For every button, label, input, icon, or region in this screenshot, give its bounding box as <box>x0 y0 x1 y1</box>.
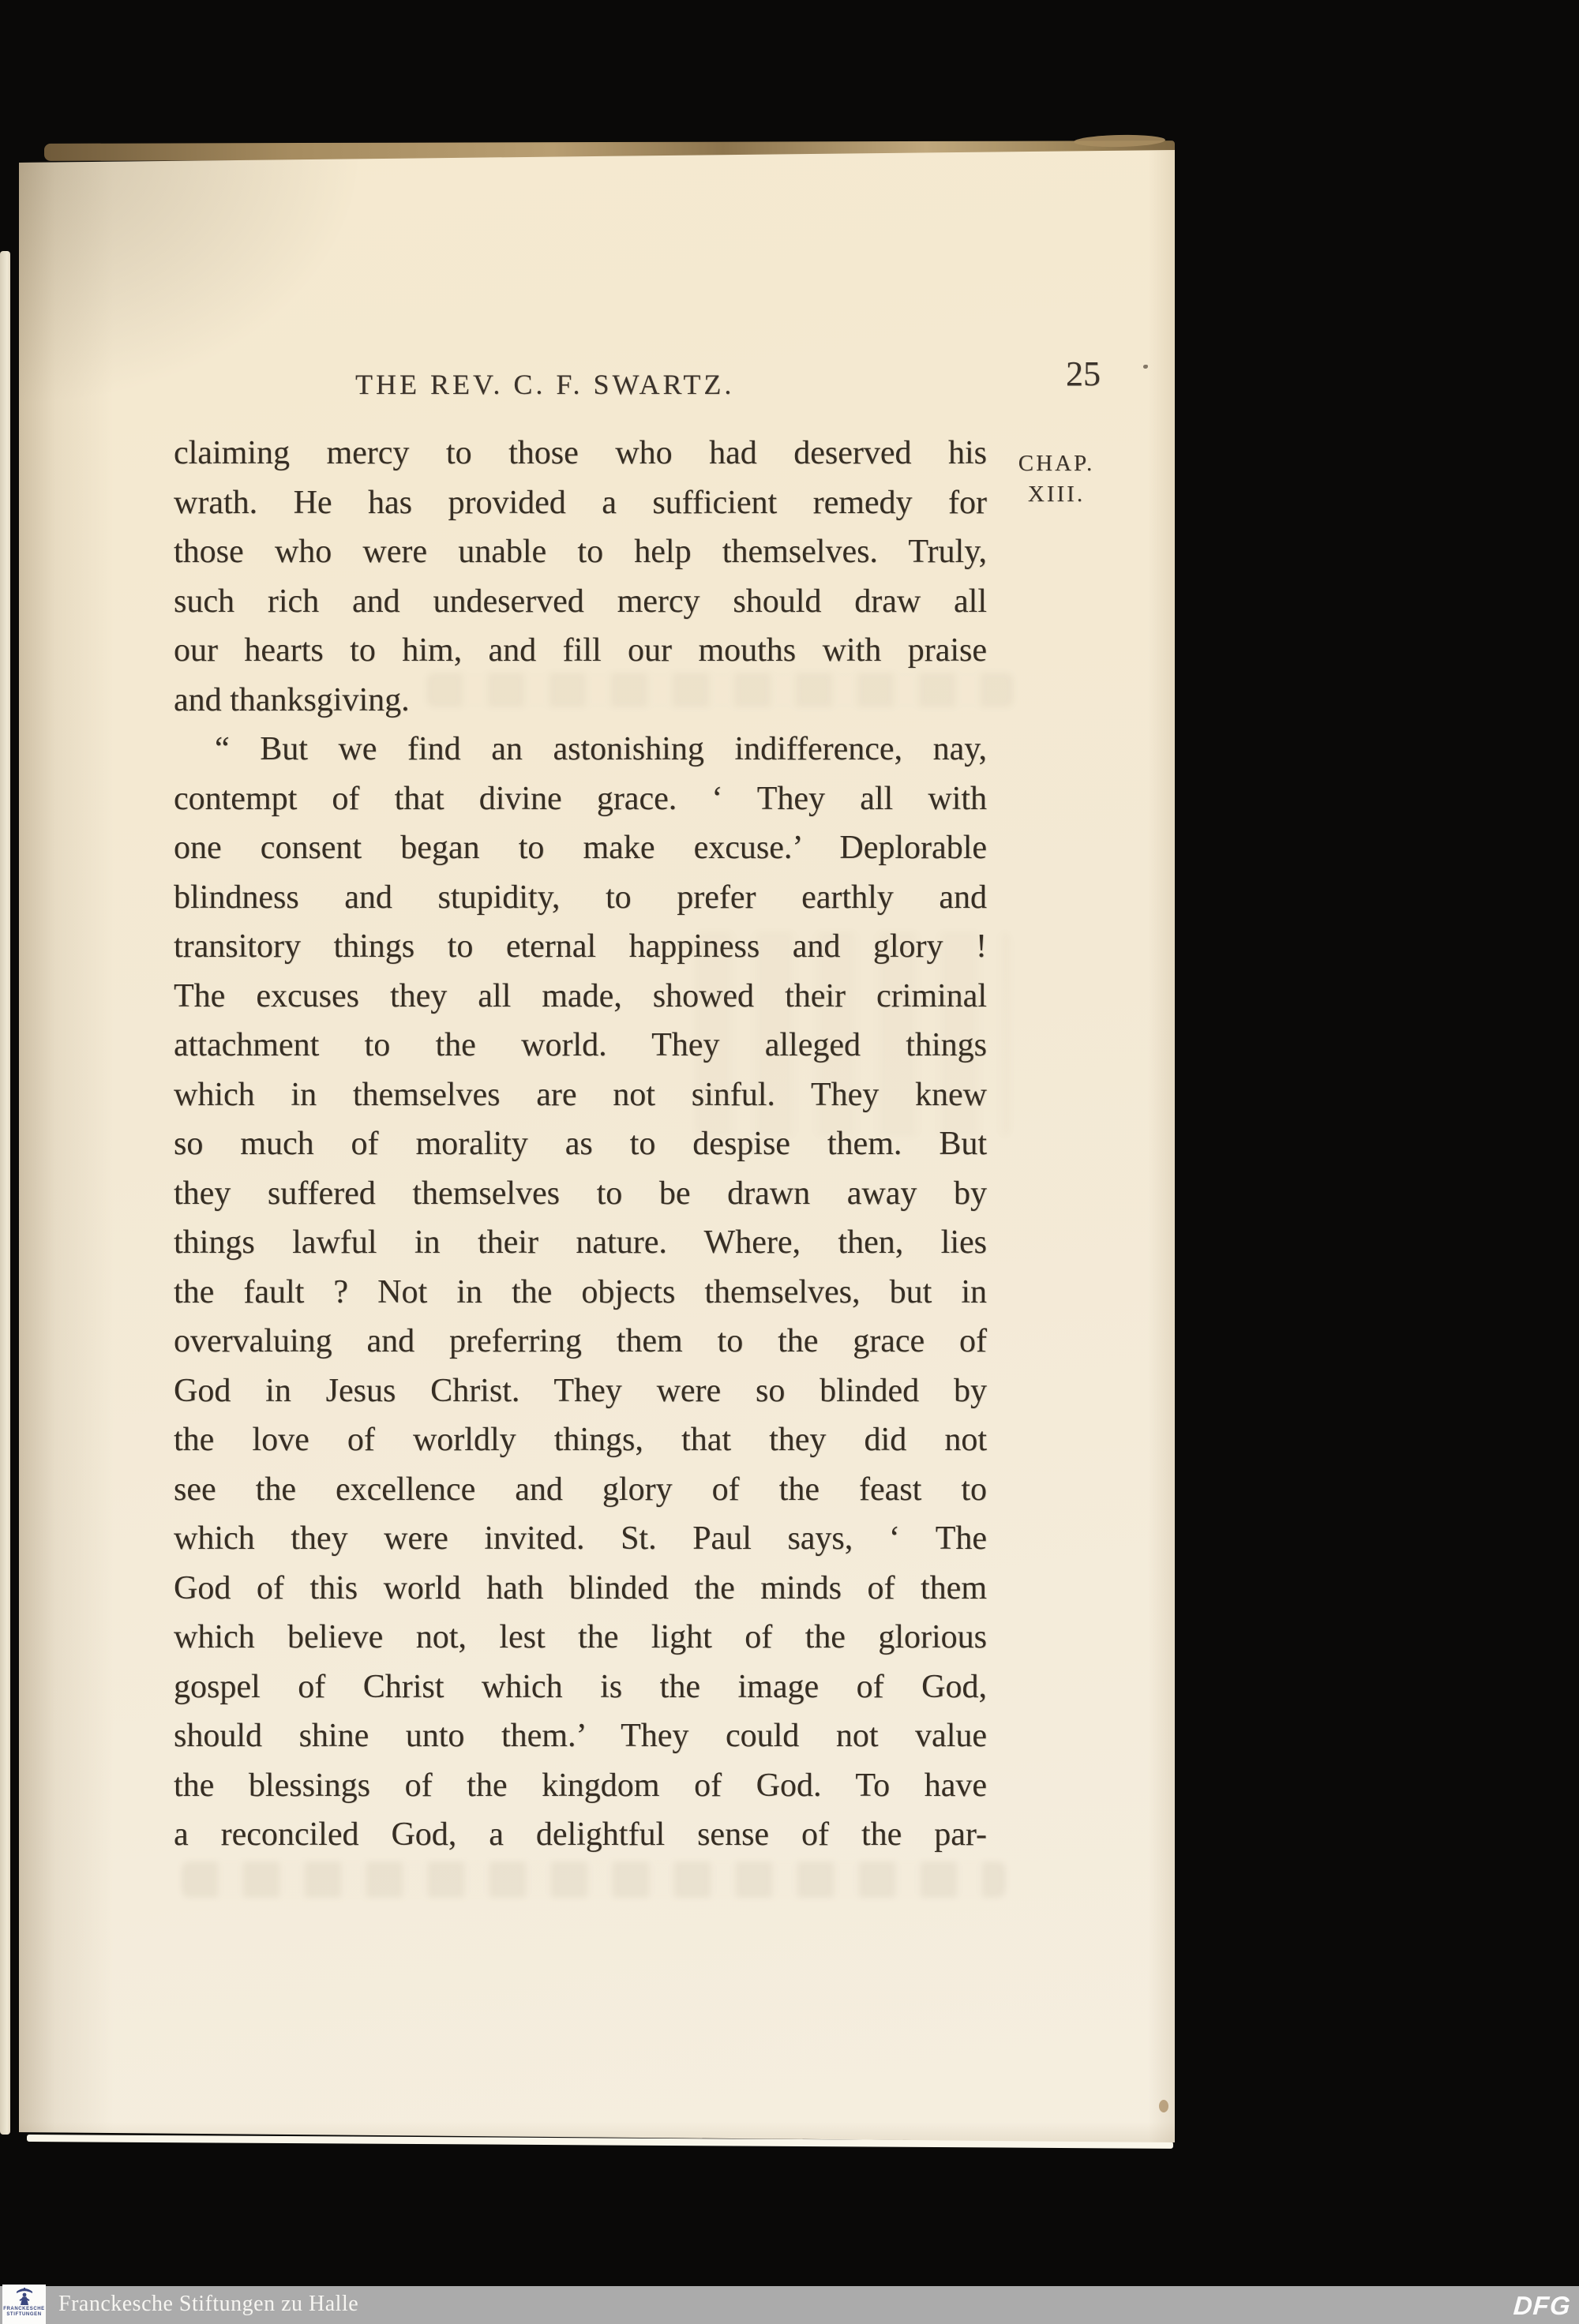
ink-speck <box>1143 365 1148 369</box>
facing-page-edge <box>0 251 10 2135</box>
body-text: claiming mercy to those who had deserved… <box>174 429 987 1860</box>
body-line: wrath. He has provided a sufficient reme… <box>174 478 987 528</box>
book-scan-photo: THE REV. C. F. SWARTZ. 25 CHAP. XIII. cl… <box>0 0 1579 2324</box>
statue-canopy-icon <box>14 2286 35 2307</box>
attribution-bar: Franckesche Stiftungen zu Halle DFG <box>0 2286 1579 2324</box>
logo-text-line2: STIFTUNGEN <box>6 2312 41 2318</box>
body-line: claiming mercy to those who had deserved… <box>174 429 987 478</box>
franckesche-stiftungen-logo: FRANCKESCHE STIFTUNGEN <box>2 2285 46 2324</box>
body-line: which they were invited. St. Paul says, … <box>174 1514 987 1564</box>
body-line: those who were unable to help themselves… <box>174 527 987 577</box>
show-through-smudge <box>695 931 1011 1137</box>
body-line-paragraph-start: “ But we find an astonishing indifferenc… <box>174 725 987 774</box>
body-line: should shine unto them.’ They could not … <box>174 1711 987 1761</box>
body-line: see the excellence and glory of the feas… <box>174 1465 987 1515</box>
library-attribution-label: Franckesche Stiftungen zu Halle <box>58 2286 358 2324</box>
body-line: gospel of Christ which is the image of G… <box>174 1662 987 1712</box>
margin-note-line2: XIII. <box>1001 479 1112 510</box>
body-line: God in Jesus Christ. They were so blinde… <box>174 1366 987 1416</box>
margin-note-chapter: CHAP. XIII. <box>1001 448 1112 510</box>
running-header: THE REV. C. F. SWARTZ. <box>355 368 734 401</box>
foxing-spot <box>1159 2100 1168 2112</box>
book-page: THE REV. C. F. SWARTZ. 25 CHAP. XIII. cl… <box>19 150 1175 2144</box>
body-line: such rich and undeserved mercy should dr… <box>174 577 987 627</box>
body-line: they suffered themselves to be drawn awa… <box>174 1169 987 1219</box>
page-number: 25 <box>1066 354 1101 394</box>
body-line: contempt of that divine grace. ‘ They al… <box>174 774 987 824</box>
dfg-logo: DFG <box>1513 2290 1572 2322</box>
show-through-smudge <box>426 673 1014 707</box>
body-line: one consent began to make excuse.’ Deplo… <box>174 823 987 873</box>
body-line: blindness and stupidity, to prefer earth… <box>174 873 987 923</box>
margin-note-line1: CHAP. <box>1001 448 1112 479</box>
show-through-smudge <box>182 1861 1006 1898</box>
body-line: overvaluing and preferring them to the g… <box>174 1317 987 1366</box>
logo-text-line1: FRANCKESCHE <box>3 2307 45 2312</box>
body-line: the fault ? Not in the objects themselve… <box>174 1268 987 1318</box>
body-line: things lawful in their nature. Where, th… <box>174 1218 987 1268</box>
body-line: a reconciled God, a delightful sense of … <box>174 1810 987 1860</box>
body-line: our hearts to him, and fill our mouths w… <box>174 626 987 676</box>
body-line: which believe not, lest the light of the… <box>174 1613 987 1662</box>
body-line: God of this world hath blinded the minds… <box>174 1564 987 1614</box>
body-line: the love of worldly things, that they di… <box>174 1415 987 1465</box>
body-line: the blessings of the kingdom of God. To … <box>174 1761 987 1811</box>
